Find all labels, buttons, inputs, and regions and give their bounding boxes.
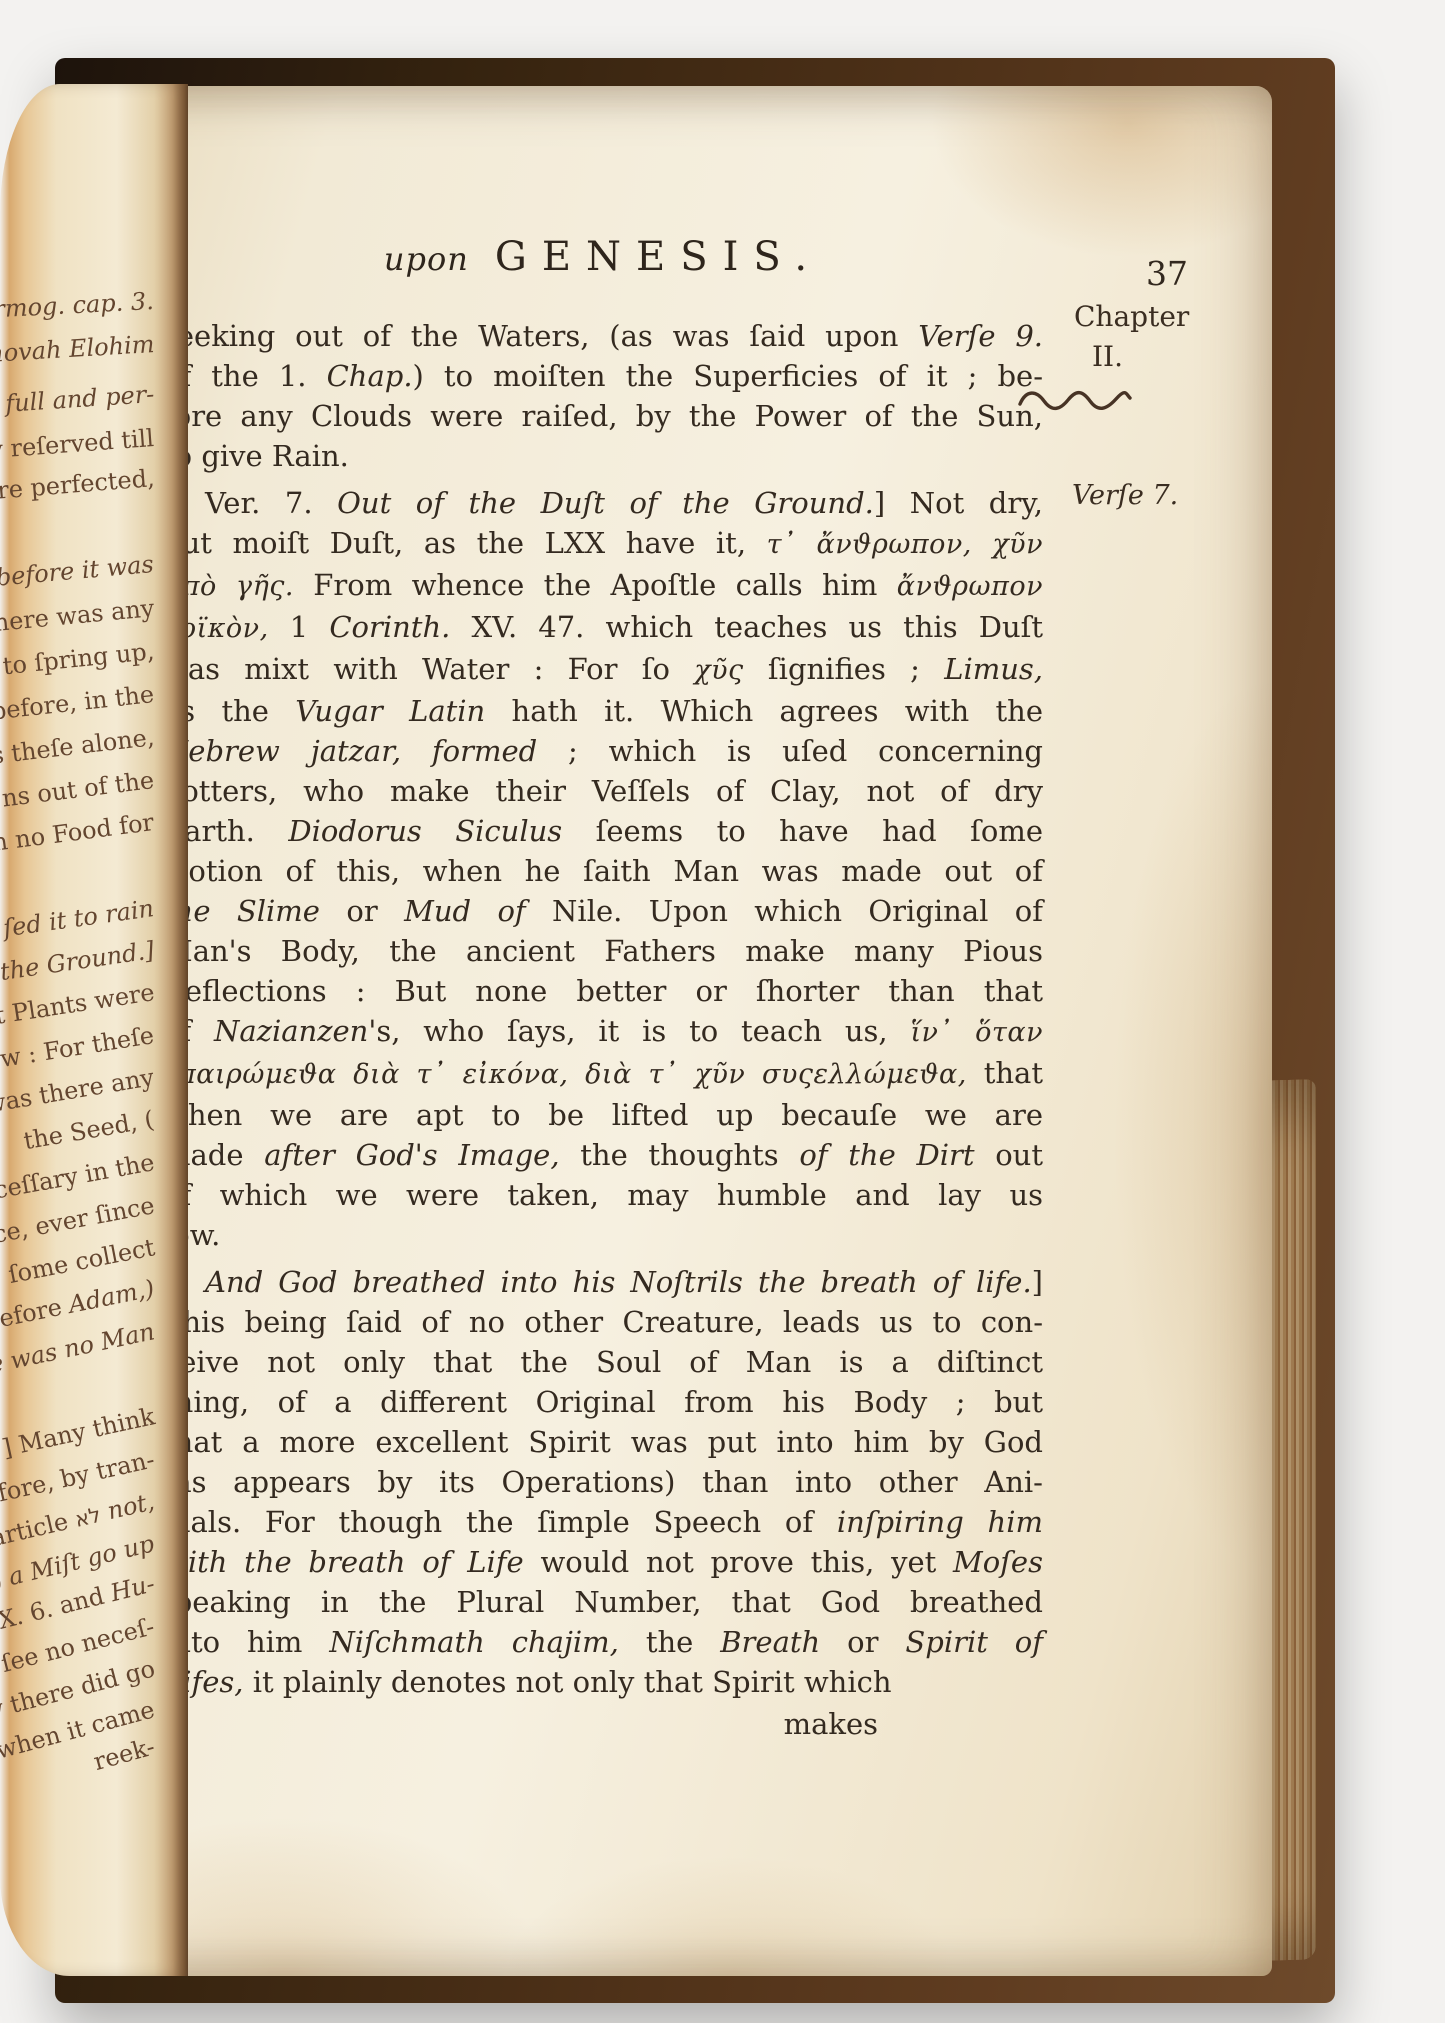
text-segment: it plainly denotes not only that Spirit … xyxy=(244,1665,892,1699)
text-segment: Breath xyxy=(720,1625,820,1659)
left-page-text-fragment: here was any xyxy=(0,593,155,638)
text-segment: when we are apt to be lifted up becauſe … xyxy=(163,1098,1043,1132)
text-line: ſpeaking in the Plural Number, that God … xyxy=(163,1582,1043,1622)
text-line: χοϊκὸν, 1 Corinth. XV. 47. which teaches… xyxy=(163,607,1043,649)
text-segment: was mixt with Water : For ſo xyxy=(163,652,694,686)
text-segment: Diodorus Siculus xyxy=(288,814,562,848)
text-line: Hebrew jatzar, formed ; which is uſed co… xyxy=(163,731,1043,771)
left-page-text-fragment: vere perfected, xyxy=(0,463,155,508)
text-segment: ſeems to have had ſome xyxy=(562,814,1043,848)
text-line: mals. For though the ſimple Speech of in… xyxy=(163,1502,1043,1542)
text-line: ceive not only that the Soul of Man is a… xyxy=(163,1342,1043,1382)
text-segment: of the Dirt xyxy=(799,1138,974,1172)
text-segment: XV. 47. which teaches us this Duſt xyxy=(450,610,1043,644)
text-segment: mals. For though the ſimple Speech of xyxy=(163,1505,837,1539)
text-segment: Moſes xyxy=(953,1545,1043,1579)
text-segment: And God breathed into his Noſtrils the b… xyxy=(205,1265,1032,1299)
text-segment: reek- xyxy=(90,1733,157,1776)
text-segment: the xyxy=(619,1625,720,1659)
text-segment: the thoughts xyxy=(560,1138,800,1172)
text-line: as the Vugar Latin hath it. Which agrees… xyxy=(163,691,1043,731)
text-segment: ns out of the xyxy=(1,766,156,812)
text-segment: (as appears by its Operations) than into… xyxy=(163,1465,1043,1499)
text-segment: ns theſe alone, xyxy=(0,723,156,771)
text-line: (as appears by its Operations) than into… xyxy=(163,1462,1043,1502)
text-segment: This being ſaid of no other Creature, le… xyxy=(163,1305,1043,1339)
text-segment: ſed it to rain xyxy=(2,894,156,942)
text-line: of which we were taken, may humble and l… xyxy=(163,1175,1043,1215)
text-segment: Nile. Upon which Original of xyxy=(526,894,1043,928)
paragraph: reeking out of the Waters, (as was ſaid … xyxy=(163,316,1043,476)
text-segment: Ver. 7. xyxy=(205,486,337,520)
text-segment: or xyxy=(320,894,404,928)
text-segment: χῦς xyxy=(694,655,743,686)
text-segment: From whence the Apoſtle calls him xyxy=(294,568,897,602)
text-line: thing, of a different Original from his … xyxy=(163,1382,1043,1422)
left-page-text-fragment: the Seed, ( xyxy=(22,1104,157,1156)
text-segment: vere perfected, xyxy=(0,464,155,507)
facing-page-curl: Hermog. cap. 3.hovah Elohimfull and per-… xyxy=(0,84,188,1976)
text-segment: ſpeaking in the Plural Number, that God … xyxy=(163,1585,1043,1619)
running-header-title: GENESIS. xyxy=(495,234,822,280)
text-segment: before it was xyxy=(0,550,155,592)
left-page-text-fragment: Hermog. cap. 3. xyxy=(0,286,155,326)
text-line: fore any Clouds were raiſed, by the Powe… xyxy=(163,396,1043,436)
text-line: of Nazianzen's, who ſays, it is to teach… xyxy=(163,1011,1043,1053)
book-photo: { "header": { "word_upon": "upon", "titl… xyxy=(0,0,1445,2023)
text-segment: fore any Clouds were raiſed, by the Powe… xyxy=(163,399,1043,433)
text-segment: thing, of a different Original from his … xyxy=(163,1385,1043,1419)
margin-chapter-numeral: II. xyxy=(1092,340,1123,373)
text-segment: here was any xyxy=(0,594,155,637)
text-segment: Nazianzen xyxy=(214,1014,368,1048)
text-line: when we are apt to be lifted up becauſe … xyxy=(163,1095,1043,1135)
text-segment: the Seed, ( xyxy=(22,1105,157,1155)
text-line: the Slime or Mud of Nile. Upon which Ori… xyxy=(163,891,1043,931)
text-segment: after God's Image, xyxy=(264,1138,559,1172)
margin-verse-note: Verſe 7. xyxy=(1072,480,1178,511)
text-segment: or xyxy=(820,1625,905,1659)
text-segment: not, xyxy=(105,1487,157,1525)
catchword: makes xyxy=(163,1704,1043,1744)
text-segment: ; which is uſed concerning xyxy=(537,734,1043,768)
text-segment: ἄνϑρωπον xyxy=(897,571,1043,602)
text-line: Lifes, it plainly denotes not only that … xyxy=(163,1662,1043,1702)
left-page-text-fragment: ns theſe alone, xyxy=(0,722,156,772)
text-segment: Spirit of xyxy=(905,1625,1043,1659)
text-line: ἐπαιρώμεϑα διὰ τ᾽ εἰκόνα, διὰ τ᾽ χῦν συς… xyxy=(163,1053,1043,1095)
text-segment: of which we were taken, may humble and l… xyxy=(163,1178,1043,1212)
text-segment: before, in the xyxy=(0,680,156,726)
paragraph: Ver. 7. Out of the Duſt of the Ground.] … xyxy=(163,483,1043,1255)
text-segment: eeking out of the Waters, (as was ſaid u… xyxy=(177,319,918,353)
left-page-text-fragment: y reſerved till xyxy=(0,423,155,465)
text-segment: that xyxy=(967,1056,1043,1090)
text-segment: Hu- xyxy=(107,1569,157,1607)
text-line: made after God's Image, the thoughts of … xyxy=(163,1135,1043,1175)
text-line: ἀπὸ γῆς. From whence the Apoſtle calls h… xyxy=(163,565,1043,607)
text-segment: ſignifies ; xyxy=(744,652,945,686)
text-segment: Man's Body, the ancient Fathers make man… xyxy=(163,934,1043,968)
left-page-text-fragment: before, in the xyxy=(0,679,156,727)
text-segment: Niſchmath chajim, xyxy=(329,1625,619,1659)
text-segment: y reſerved till xyxy=(0,424,155,464)
left-page-text-fragment: n to ſpring up, xyxy=(0,636,156,684)
text-line: with the breath of Life would not prove … xyxy=(163,1542,1043,1582)
page-number: 37 xyxy=(1146,254,1188,293)
text-segment: n no Food for xyxy=(0,808,156,857)
text-segment: inſpiring him xyxy=(837,1505,1043,1539)
left-page-text-fragment: , before it was xyxy=(0,549,155,594)
text-line: Notion of this, when he ſaith Man was ma… xyxy=(163,851,1043,891)
text-line: low. xyxy=(163,1215,1043,1255)
text-line: This being ſaid of no other Creature, le… xyxy=(163,1302,1043,1342)
text-segment: Adam,) xyxy=(66,1274,157,1319)
running-header-upon: upon xyxy=(384,240,469,278)
text-segment: 's, who ſays, it is to teach us, xyxy=(368,1014,910,1048)
text-segment: τ᾽ ἄνϑρωπον, χῦν xyxy=(767,529,1043,560)
text-segment: ) to moiſten the Superficies of it ; be- xyxy=(413,359,1043,393)
text-line: And God breathed into his Noſtrils the b… xyxy=(163,1262,1043,1302)
text-line: of the 1. Chap.) to moiſten the Superfic… xyxy=(163,356,1043,396)
text-segment: Out of the Duſt of the Ground. xyxy=(337,486,874,520)
left-page-text-fragment: full and per- xyxy=(4,379,155,419)
text-segment: ] Not dry, xyxy=(874,486,1043,520)
book-page: uponGENESIS. 37 Chapter II. Verſe 7. ree… xyxy=(68,86,1272,1976)
paragraph: And God breathed into his Noſtrils the b… xyxy=(163,1262,1043,1702)
text-segment: full and per- xyxy=(4,380,155,418)
text-line: Reflections : But none better or ſhorter… xyxy=(163,971,1043,1011)
text-line: into him Niſchmath chajim, the Breath or… xyxy=(163,1622,1043,1662)
text-segment: hovah Elohim xyxy=(0,330,155,368)
text-line: reeking out of the Waters, (as was ſaid … xyxy=(163,316,1043,356)
text-segment: before xyxy=(0,1291,72,1335)
text-segment: n to ſpring up, xyxy=(0,637,155,683)
text-line: that a more excellent Spirit was put int… xyxy=(163,1422,1043,1462)
text-segment: but moiſt Duſt, as the LXX have it, xyxy=(163,526,767,560)
text-segment: Limus, xyxy=(944,652,1043,686)
running-header: uponGENESIS. xyxy=(163,234,1043,280)
left-page-text-fragment: ns out of the xyxy=(0,765,155,813)
text-line: to give Rain. xyxy=(163,436,1043,476)
text-segment: to give Rain. xyxy=(163,439,349,473)
text-segment: ] xyxy=(1032,1265,1043,1299)
text-segment: ἐπαιρώμεϑα διὰ τ᾽ εἰκόνα, διὰ τ᾽ χῦν συς… xyxy=(163,1059,967,1090)
text-segment: would not prove this, yet xyxy=(524,1545,953,1579)
left-page-text-fragment: ſed it to rain xyxy=(2,893,156,943)
text-segment: Potters, who make their Veſſels of Clay,… xyxy=(163,774,1043,808)
text-segment: Verſe 9. xyxy=(918,319,1043,353)
text-segment: Chap. xyxy=(327,359,413,393)
text-segment: Vugar Latin xyxy=(295,694,485,728)
text-line: was mixt with Water : For ſo χῦς ſignifi… xyxy=(163,649,1043,691)
text-segment: 1 xyxy=(269,610,330,644)
text-segment: out xyxy=(975,1138,1044,1172)
text-segment: Mud of xyxy=(404,894,526,928)
text-segment: ἵν᾽ ὅταν xyxy=(910,1017,1043,1048)
text-line: but moiſt Duſt, as the LXX have it, τ᾽ ἄ… xyxy=(163,523,1043,565)
text-segment: Reflections : But none better or ſhorter… xyxy=(163,974,1043,1008)
text-segment: that a more excellent Spirit was put int… xyxy=(163,1425,1043,1459)
text-segment: hath it. Which agrees with the xyxy=(485,694,1043,728)
text-segment: Notion of this, when he ſaith Man was ma… xyxy=(163,854,1043,888)
text-line: Ver. 7. Out of the Duſt of the Ground.] … xyxy=(163,483,1043,523)
text-segment: Hermog. cap. 3. xyxy=(0,287,155,325)
text-segment: ceive not only that the Soul of Man is a… xyxy=(163,1345,1043,1379)
text-segment: with the breath of Life xyxy=(163,1545,524,1579)
text-line: Potters, who make their Veſſels of Clay,… xyxy=(163,771,1043,811)
text-segment: Hebrew jatzar, formed xyxy=(163,734,537,768)
margin-chapter-label: Chapter xyxy=(1074,300,1189,333)
text-line: Man's Body, the ancient Fathers make man… xyxy=(163,931,1043,971)
left-page-text-fragment: hovah Elohim xyxy=(0,329,155,369)
text-segment: Corinth. xyxy=(329,610,450,644)
main-text-block: reeking out of the Waters, (as was ſaid … xyxy=(163,316,1043,1744)
left-page-text-fragment: n no Food for xyxy=(0,807,156,858)
text-line: Earth. Diodorus Siculus ſeems to have ha… xyxy=(163,811,1043,851)
